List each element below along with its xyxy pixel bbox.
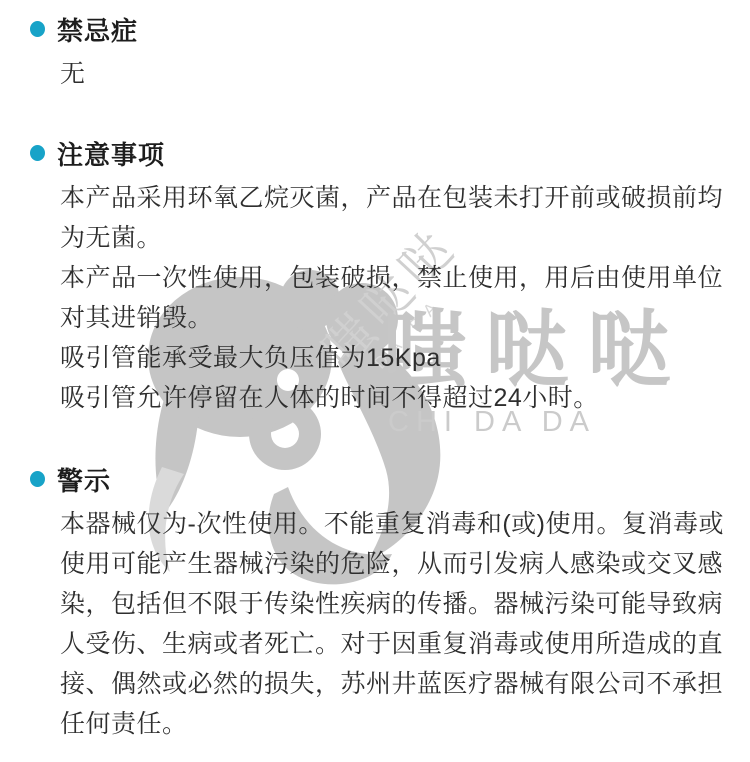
section-body: 本产品采用环氧乙烷灭菌，产品在包装未打开前或破损前均为无菌。本产品一次性使用，包… [0, 178, 750, 418]
section-precautions: 注意事项 本产品采用环氧乙烷灭菌，产品在包装未打开前或破损前均为无菌。本产品一次… [0, 134, 750, 418]
section-title: 警示 [57, 461, 111, 498]
text-line: 人受伤、生病或者死亡。对于因重复消毒或使用所造成的直 [60, 624, 730, 664]
section-header: 警示 [0, 460, 750, 498]
section-body: 无 [0, 54, 750, 94]
section-header: 禁忌症 [0, 10, 750, 48]
section-header: 注意事项 [0, 134, 750, 172]
section-contraindications: 禁忌症 无 [0, 10, 750, 94]
text-line: 为无菌。 [60, 218, 730, 258]
text-line: 本产品一次性使用，包装破损，禁止使用，用后由使用单位 [60, 258, 730, 298]
section-body: 本器械仅为-次性使用。不能重复消毒和(或)使用。复消毒或使用可能产生器械污染的危… [0, 504, 750, 744]
section-title: 禁忌症 [57, 11, 138, 48]
bullet-icon [30, 471, 45, 487]
section-title: 注意事项 [57, 135, 165, 172]
text-line: 任何责任。 [60, 704, 730, 744]
text-line: 接、偶然或必然的损失，苏州井蓝医疗器械有限公司不承担 [60, 664, 730, 704]
text-line: 吸引管能承受最大负压值为15Kpa [60, 338, 730, 378]
product-instructions-page: 嗤哒哒 DA DA 嗤哒哒 CHI DA DA 禁忌症 无 注意事项 本产品采用… [0, 0, 750, 762]
content: 禁忌症 无 注意事项 本产品采用环氧乙烷灭菌，产品在包装未打开前或破损前均为无菌… [0, 0, 750, 744]
text-line: 无 [60, 54, 730, 94]
text-line: 吸引管允许停留在人体的时间不得超过24小时。 [60, 378, 730, 418]
text-line: 本器械仅为-次性使用。不能重复消毒和(或)使用。复消毒或 [60, 504, 730, 544]
bullet-icon [30, 21, 45, 37]
text-line: 对其进销毁。 [60, 298, 730, 338]
text-line: 本产品采用环氧乙烷灭菌，产品在包装未打开前或破损前均 [60, 178, 730, 218]
bullet-icon [30, 145, 45, 161]
text-line: 使用可能产生器械污染的危险，从而引发病人感染或交叉感 [60, 544, 730, 584]
text-line: 染，包括但不限于传染性疾病的传播。器械污染可能导致病 [60, 584, 730, 624]
section-warning: 警示 本器械仅为-次性使用。不能重复消毒和(或)使用。复消毒或使用可能产生器械污… [0, 460, 750, 744]
